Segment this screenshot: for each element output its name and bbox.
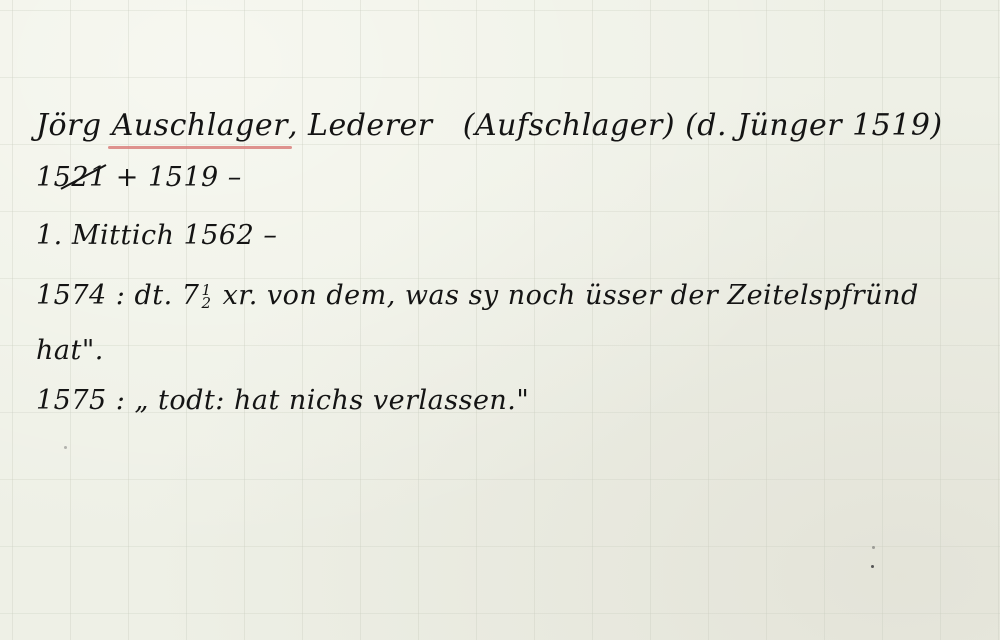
- dates-line: 1521 + 1519 –: [36, 162, 242, 193]
- fraction-half: 12: [201, 284, 211, 310]
- fraction-denominator: 2: [201, 297, 211, 310]
- record-1574-continuation: hat".: [36, 335, 104, 366]
- index-card: Jörg Auschlager, Lederer (Aufschlager) (…: [0, 0, 1000, 640]
- paper-speck: [64, 446, 67, 449]
- first-name: Jörg: [36, 108, 102, 143]
- record-1574-suffix: xr. von dem, was sy noch üsser der Zeite…: [214, 280, 919, 311]
- paper-speck: [871, 565, 874, 568]
- paper-speck: [872, 546, 875, 549]
- surname-underlined: Auschlager: [112, 108, 288, 143]
- record-1562-line: 1. Mittich 1562 –: [36, 220, 277, 251]
- dates-rest: + 1519 –: [107, 162, 242, 193]
- surname-variant: (Aufschlager): [463, 108, 675, 143]
- record-1575-line: 1575 : „ todt: hat nichs verlassen.": [36, 385, 529, 416]
- record-1574-prefix: 1574 : dt. 7: [36, 280, 199, 311]
- overwritten-year: 1521: [36, 162, 107, 193]
- record-1574-line: 1574 : dt. 712 xr. von dem, was sy noch …: [36, 280, 919, 311]
- occupation: , Lederer: [288, 108, 433, 143]
- entry-name-line: Jörg Auschlager, Lederer (Aufschlager) (…: [36, 108, 943, 143]
- name-note: (d. Jünger 1519): [685, 108, 943, 143]
